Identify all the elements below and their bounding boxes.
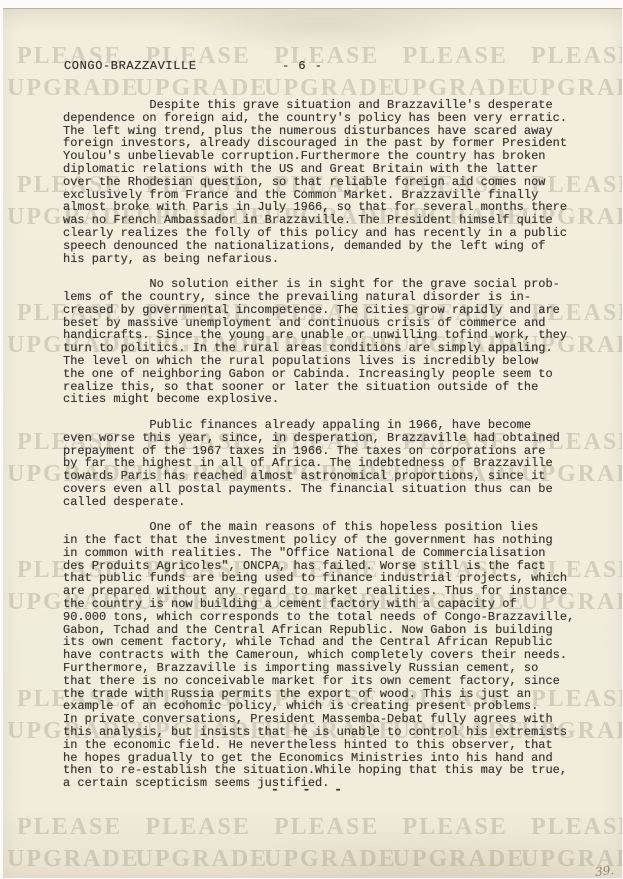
scanned-paper: PLEASEPLEASEPLEASEPLEASEPLEASEUPGRADEUPG… [3,8,622,878]
paragraphs: Despite this grave situation and Brazzav… [63,99,603,803]
page-number: - 6 - [282,59,323,73]
paragraph: No solution either is in sight for the g… [63,278,603,406]
paragraph: Public finances already appaling in 1966… [63,419,603,509]
document-page: PLEASEPLEASEPLEASEPLEASEPLEASEUPGRADEUPG… [0,0,623,879]
corner-page-note: 39. [594,863,614,878]
end-separator: - - - [271,782,350,797]
document-title: CONGO-BRAZZAVILLE [64,59,197,73]
paragraph: Despite this grave situation and Brazzav… [63,99,603,265]
paragraph: One of the main reasons of this hopeless… [63,521,603,790]
document-content: CONGO-BRAZZAVILLE - 6 - Despite this gra… [3,9,622,878]
